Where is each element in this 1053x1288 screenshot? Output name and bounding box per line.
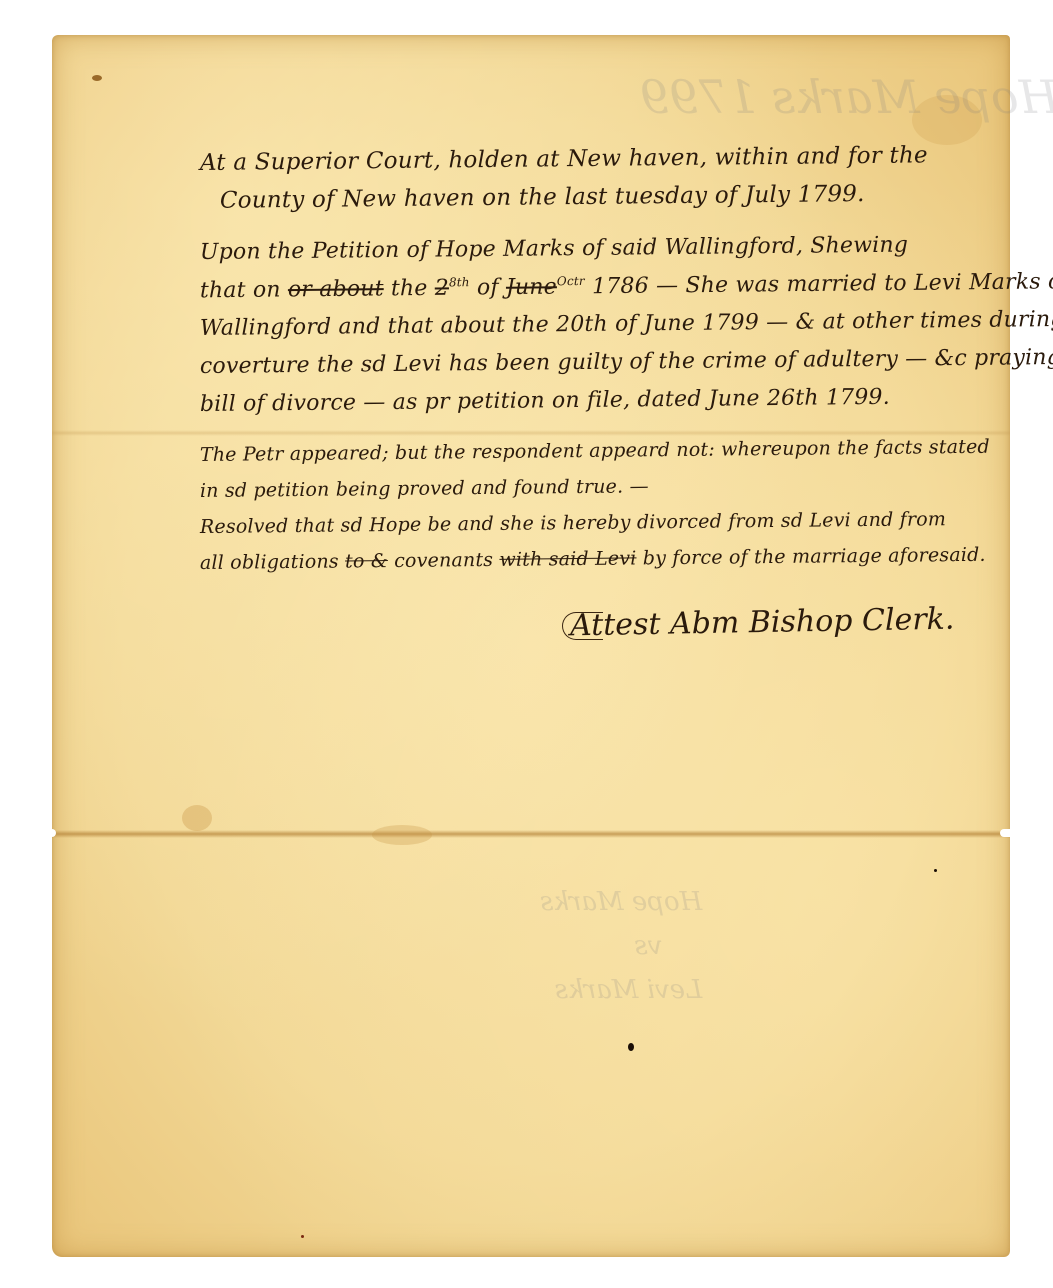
court-record-text: At a Superior Court, holden at New haven… (200, 150, 990, 588)
struck-day: 2 (435, 276, 449, 301)
ink-spot (628, 1043, 634, 1051)
text-fragment: of (477, 275, 499, 300)
paper-tear-left (46, 829, 56, 837)
bleed-line: Hope Marks (540, 880, 702, 924)
text-fragment: by force of the marriage aforesaid. (643, 544, 986, 570)
heading-line-2: County of New haven on the last tuesday … (200, 180, 990, 226)
clerk-signature: Attest Abm Bishop Clerk. (570, 602, 955, 644)
text-fragment: all obligations (200, 551, 339, 574)
fold-line-lower (52, 830, 1010, 838)
bleed-through-text-mid: Hope Marks vs Levi Marks (540, 880, 702, 1012)
age-stain (182, 805, 212, 831)
bleed-line: vs (540, 924, 702, 968)
month-superscript: Octr (557, 274, 585, 288)
struck-text: to & (345, 550, 388, 572)
text-fragment: that on (200, 277, 281, 303)
resolution-line-2: all obligations to & covenants with said… (200, 544, 990, 588)
bleed-line: Levi Marks (540, 968, 702, 1012)
age-stain (372, 825, 432, 845)
ink-spot (934, 869, 937, 872)
age-stain (92, 75, 102, 81)
text-fragment: 1786 — She was married to Levi Marks of … (592, 269, 1053, 299)
ink-spot (301, 1235, 304, 1238)
paper-tear-right (1000, 829, 1016, 837)
text-fragment: the (391, 276, 428, 301)
petition-line-5: bill of divorce — as pr petition on file… (200, 384, 990, 430)
day-superscript: 8th (449, 275, 470, 289)
struck-text: or about (288, 276, 384, 302)
bleed-through-text-top: Hope Marks 1799 (640, 70, 1053, 124)
struck-month: June (506, 275, 557, 301)
struck-text: with said Levi (499, 547, 636, 570)
text-fragment: covenants (394, 549, 493, 572)
